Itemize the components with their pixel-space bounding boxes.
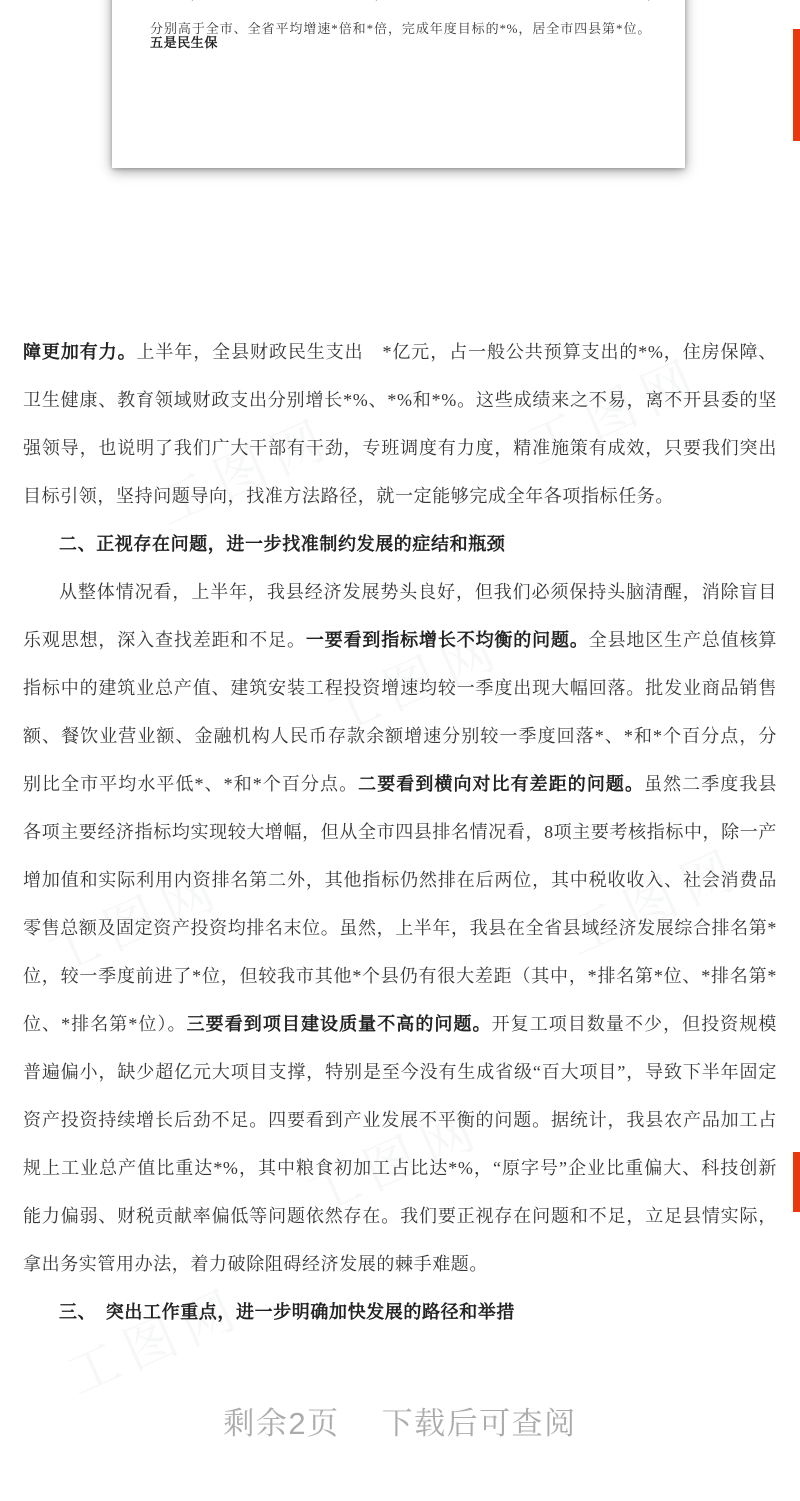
text-segment: 障更加有力。 — [23, 342, 137, 362]
section-heading-2: 二、正视存在问题，进一步找准制约发展的症结和瓶颈 — [23, 520, 777, 568]
text-segment: 上半年，全县财政民生支出 *亿元，占一般公共预算支出的*%，住房保障、卫生健康、… — [23, 342, 777, 506]
preview-clipped-line: 上半年，全县新开工招商引资项目*个，实际利用内资增速较一季度提升**个百分点， — [150, 0, 651, 1]
scrollbar-highlight-marker[interactable] — [793, 1152, 800, 1212]
paragraph-livelihood: 障更加有力。上半年，全县财政民生支出 *亿元，占一般公共预算支出的*%，住房保障… — [23, 328, 777, 520]
section-heading-3: 三、 突出工作重点，进一步明确加快发展的路径和举措 — [23, 1288, 777, 1336]
text-segment: 二要看到横向对比有差距的问题。 — [358, 774, 644, 794]
remaining-pages-count: 剩余2页 — [223, 1406, 339, 1441]
text-segment: 开复工项目数量不少，但投资规模普遍偏小，缺少超亿元大项目支撑，特别是至今没有生成… — [23, 1014, 777, 1274]
paragraph-problems: 从整体情况看，上半年，我县经济发展势头良好，但我们必须保持头脑清醒，消除盲目乐观… — [23, 568, 777, 1288]
document-preview-page[interactable]: 上半年，全县新开工招商引资项目*个，实际利用内资增速较一季度提升**个百分点， … — [112, 0, 685, 168]
scrollbar-highlight-marker[interactable] — [793, 29, 800, 141]
preview-text-line: 分别高于全市、全省平均增速*倍和*倍，完成年度目标的*%，居全市四县第*位。五是… — [150, 22, 651, 50]
text-segment: 全县地区生产总值核算指标中的建筑业总产值、建筑安装工程投资增速均较一季度出现大幅… — [23, 630, 777, 794]
document-body: 障更加有力。上半年，全县财政民生支出 *亿元，占一般公共预算支出的*%，住房保障… — [23, 328, 777, 1336]
download-to-view-label: 下载后可查阅 — [382, 1406, 577, 1441]
preview-text-bold: 五是民生保 — [150, 35, 218, 50]
text-segment: 一要看到指标增长不均衡的问题。 — [306, 630, 589, 650]
text-segment: 虽然二季度我县各项主要经济指标均实现较大增幅，但从全市四县排名情况看，8项主要考… — [23, 774, 777, 1034]
text-segment: 三要看到项目建设质量不高的问题。 — [187, 1014, 492, 1034]
preview-text-regular: 分别高于全市、全省平均增速*倍和*倍，完成年度目标的*%，居全市四县第*位。 — [150, 22, 651, 36]
remaining-pages-hint: 剩余2页下载后可查阅 — [0, 1398, 800, 1443]
